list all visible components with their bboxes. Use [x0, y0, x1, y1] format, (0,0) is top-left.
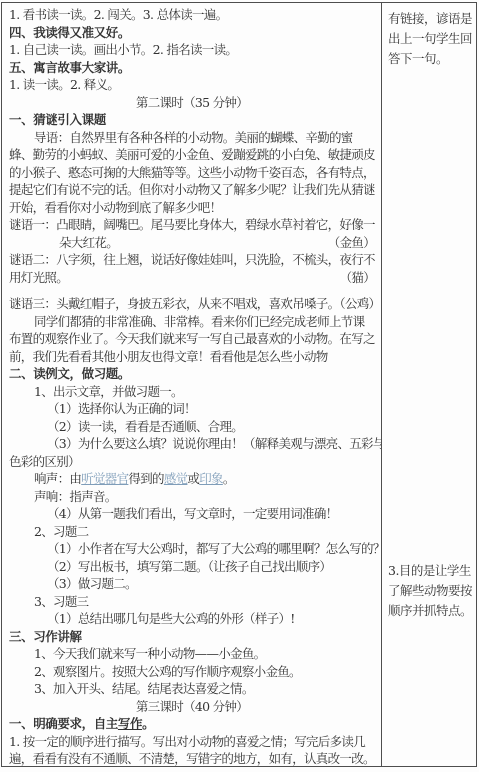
- heading-section-two-example: 二、读例文，做习题。: [9, 365, 375, 383]
- transition-paragraph: 同学们都猜的非常准确、非常棒。看来你们已经完成老师上节课布置的观察作业了。今天我…: [9, 313, 375, 366]
- riddle-one-line2: 朵大红花。 （金鱼）: [9, 234, 375, 252]
- exercise-one-title: 1、出示文章，并做习题一。: [9, 383, 375, 401]
- riddle-two-answer: （猫）: [340, 269, 375, 287]
- intro-paragraph: 导语：自然界里有各种各样的小动物。美丽的蝴蝶、辛勤的蜜蜂、勤劳的小蚂蚁、美丽可爱…: [9, 129, 375, 217]
- teaching-step-3: 3、加入开头、结尾。结尾表达喜爱之情。: [9, 680, 375, 698]
- riddle-three-line: 谜语三：头戴红帽子，身披五彩衣，从来不唱戏，喜欢吊嗓子。（公鸡）: [9, 295, 375, 313]
- teaching-step-2: 2、观察图片。按照大公鸡的写作顺序观察小金鱼。: [9, 663, 375, 681]
- read-steps-line: 1. 自己读一读。画出小节。2. 指名读一读。: [9, 41, 375, 59]
- exercise-one-q3-line1: （3）为什么要这么填？说说你理由！（解释美观与漂亮、五彩与: [9, 435, 375, 453]
- exercise-two-q3: （3）做习题二。: [9, 575, 375, 593]
- definition-shengxiang: 声响：指声音。: [9, 488, 375, 506]
- session-three-title: 第三课时（40 分钟）: [9, 698, 375, 716]
- margin-note-link-hint: 有链接，谚语是出上一句学生回答下一句。: [388, 9, 472, 69]
- exercise-one-q4: （4）从第一题我们看出，写文章时，一定要用词准确！: [9, 505, 375, 523]
- definition-text: 响声：由: [34, 471, 81, 486]
- margin-note-purpose: 3.目的是让学生了解些动物要按顺序并抓特点。: [388, 561, 473, 621]
- riddle-two-continuation: 用灯光照。: [9, 269, 68, 287]
- definition-text: 或: [187, 471, 199, 486]
- writing-requirements-paragraph: 1. 按一定的顺序进行描写。写出对小动物的喜爱之情；写完后多读几遍，看看有没有不…: [9, 733, 375, 767]
- review-steps-line: 1. 看书读一读。2. 闯关。3. 总体读一遍。: [9, 6, 375, 24]
- exercise-one-q3-line2: 色彩的区别）: [9, 453, 375, 471]
- lesson-plan-table: 1. 看书读一读。2. 闯关。3. 总体读一遍。 四、我读得又准又好。 1. 自…: [1, 2, 477, 767]
- margin-notes-cell: 有链接，谚语是出上一句学生回答下一句。 3.目的是让学生了解些动物要按顺序并抓特…: [382, 3, 476, 766]
- exercise-two-q1: （1）小作者在写大公鸡时，都写了大公鸡的哪里啊？怎么写的？: [9, 540, 375, 558]
- exercise-three-q1: （1）总结出哪几句是些大公鸡的外形（样子）!: [9, 610, 375, 628]
- riddle-one-line1: 谜语一：凸眼睛，阔嘴巴。尾马要比身体大，碧绿水草衬着它，好像一: [9, 216, 375, 234]
- teaching-step-1: 1、今天我们就来写一种小动物——小金鱼。: [9, 645, 375, 663]
- riddle-two-line1: 谜语二：八字须，往上翘，说话好像娃娃叫，只洗脸，不梳头，夜行不: [9, 251, 375, 269]
- blank-line-spacer: [9, 286, 375, 295]
- exercise-one-q2: （2）读一读，看看是否通顺、合理。: [9, 418, 375, 436]
- riddle-one-continuation: 朵大红花。: [9, 234, 118, 252]
- heading-section-one-riddles: 一、猜谜引入课题: [9, 111, 375, 129]
- definition-text: 。: [223, 471, 235, 486]
- link-hearing-organ[interactable]: 听觉器官: [81, 471, 128, 486]
- session-two-title: 第二课时（35 分钟）: [9, 94, 375, 112]
- heading-text: 。: [142, 716, 154, 731]
- underlined-heading-word: 写作: [118, 716, 142, 731]
- link-sensation[interactable]: 感觉: [164, 471, 188, 486]
- heading-section-three-writing: 三、习作讲解: [9, 628, 375, 646]
- lesson-plan-document: 1. 看书读一读。2. 闯关。3. 总体读一遍。 四、我读得又准又好。 1. 自…: [0, 0, 479, 772]
- heading-section-four: 四、我读得又准又好。: [9, 24, 375, 42]
- main-content-cell: 1. 看书读一读。2. 闯关。3. 总体读一遍。 四、我读得又准又好。 1. 自…: [2, 3, 382, 766]
- exercise-one-q1: （1）选择你认为正确的词！: [9, 400, 375, 418]
- exercise-two-title: 2、习题二: [9, 523, 375, 541]
- definition-xiangsheng: 响声：由听觉器官得到的感觉或印象。: [9, 470, 375, 488]
- link-impression[interactable]: 印象: [199, 471, 223, 486]
- exercise-three-title: 3、习题三: [9, 593, 375, 611]
- heading-session3-section-one: 一、明确要求，自主写作。: [9, 715, 375, 733]
- riddle-two-line2: 用灯光照。 （猫）: [9, 269, 375, 287]
- exercise-two-q2: （2）写出板书，填写第二题。（让孩子自己找出顺序）: [9, 558, 375, 576]
- fable-steps-line: 1. 读一读。2. 释义。: [9, 76, 375, 94]
- definition-text: 得到的: [128, 471, 163, 486]
- heading-text: 一、明确要求，自主: [9, 716, 118, 731]
- riddle-one-answer: （金鱼）: [328, 234, 375, 252]
- heading-section-five: 五、寓言故事大家讲。: [9, 59, 375, 77]
